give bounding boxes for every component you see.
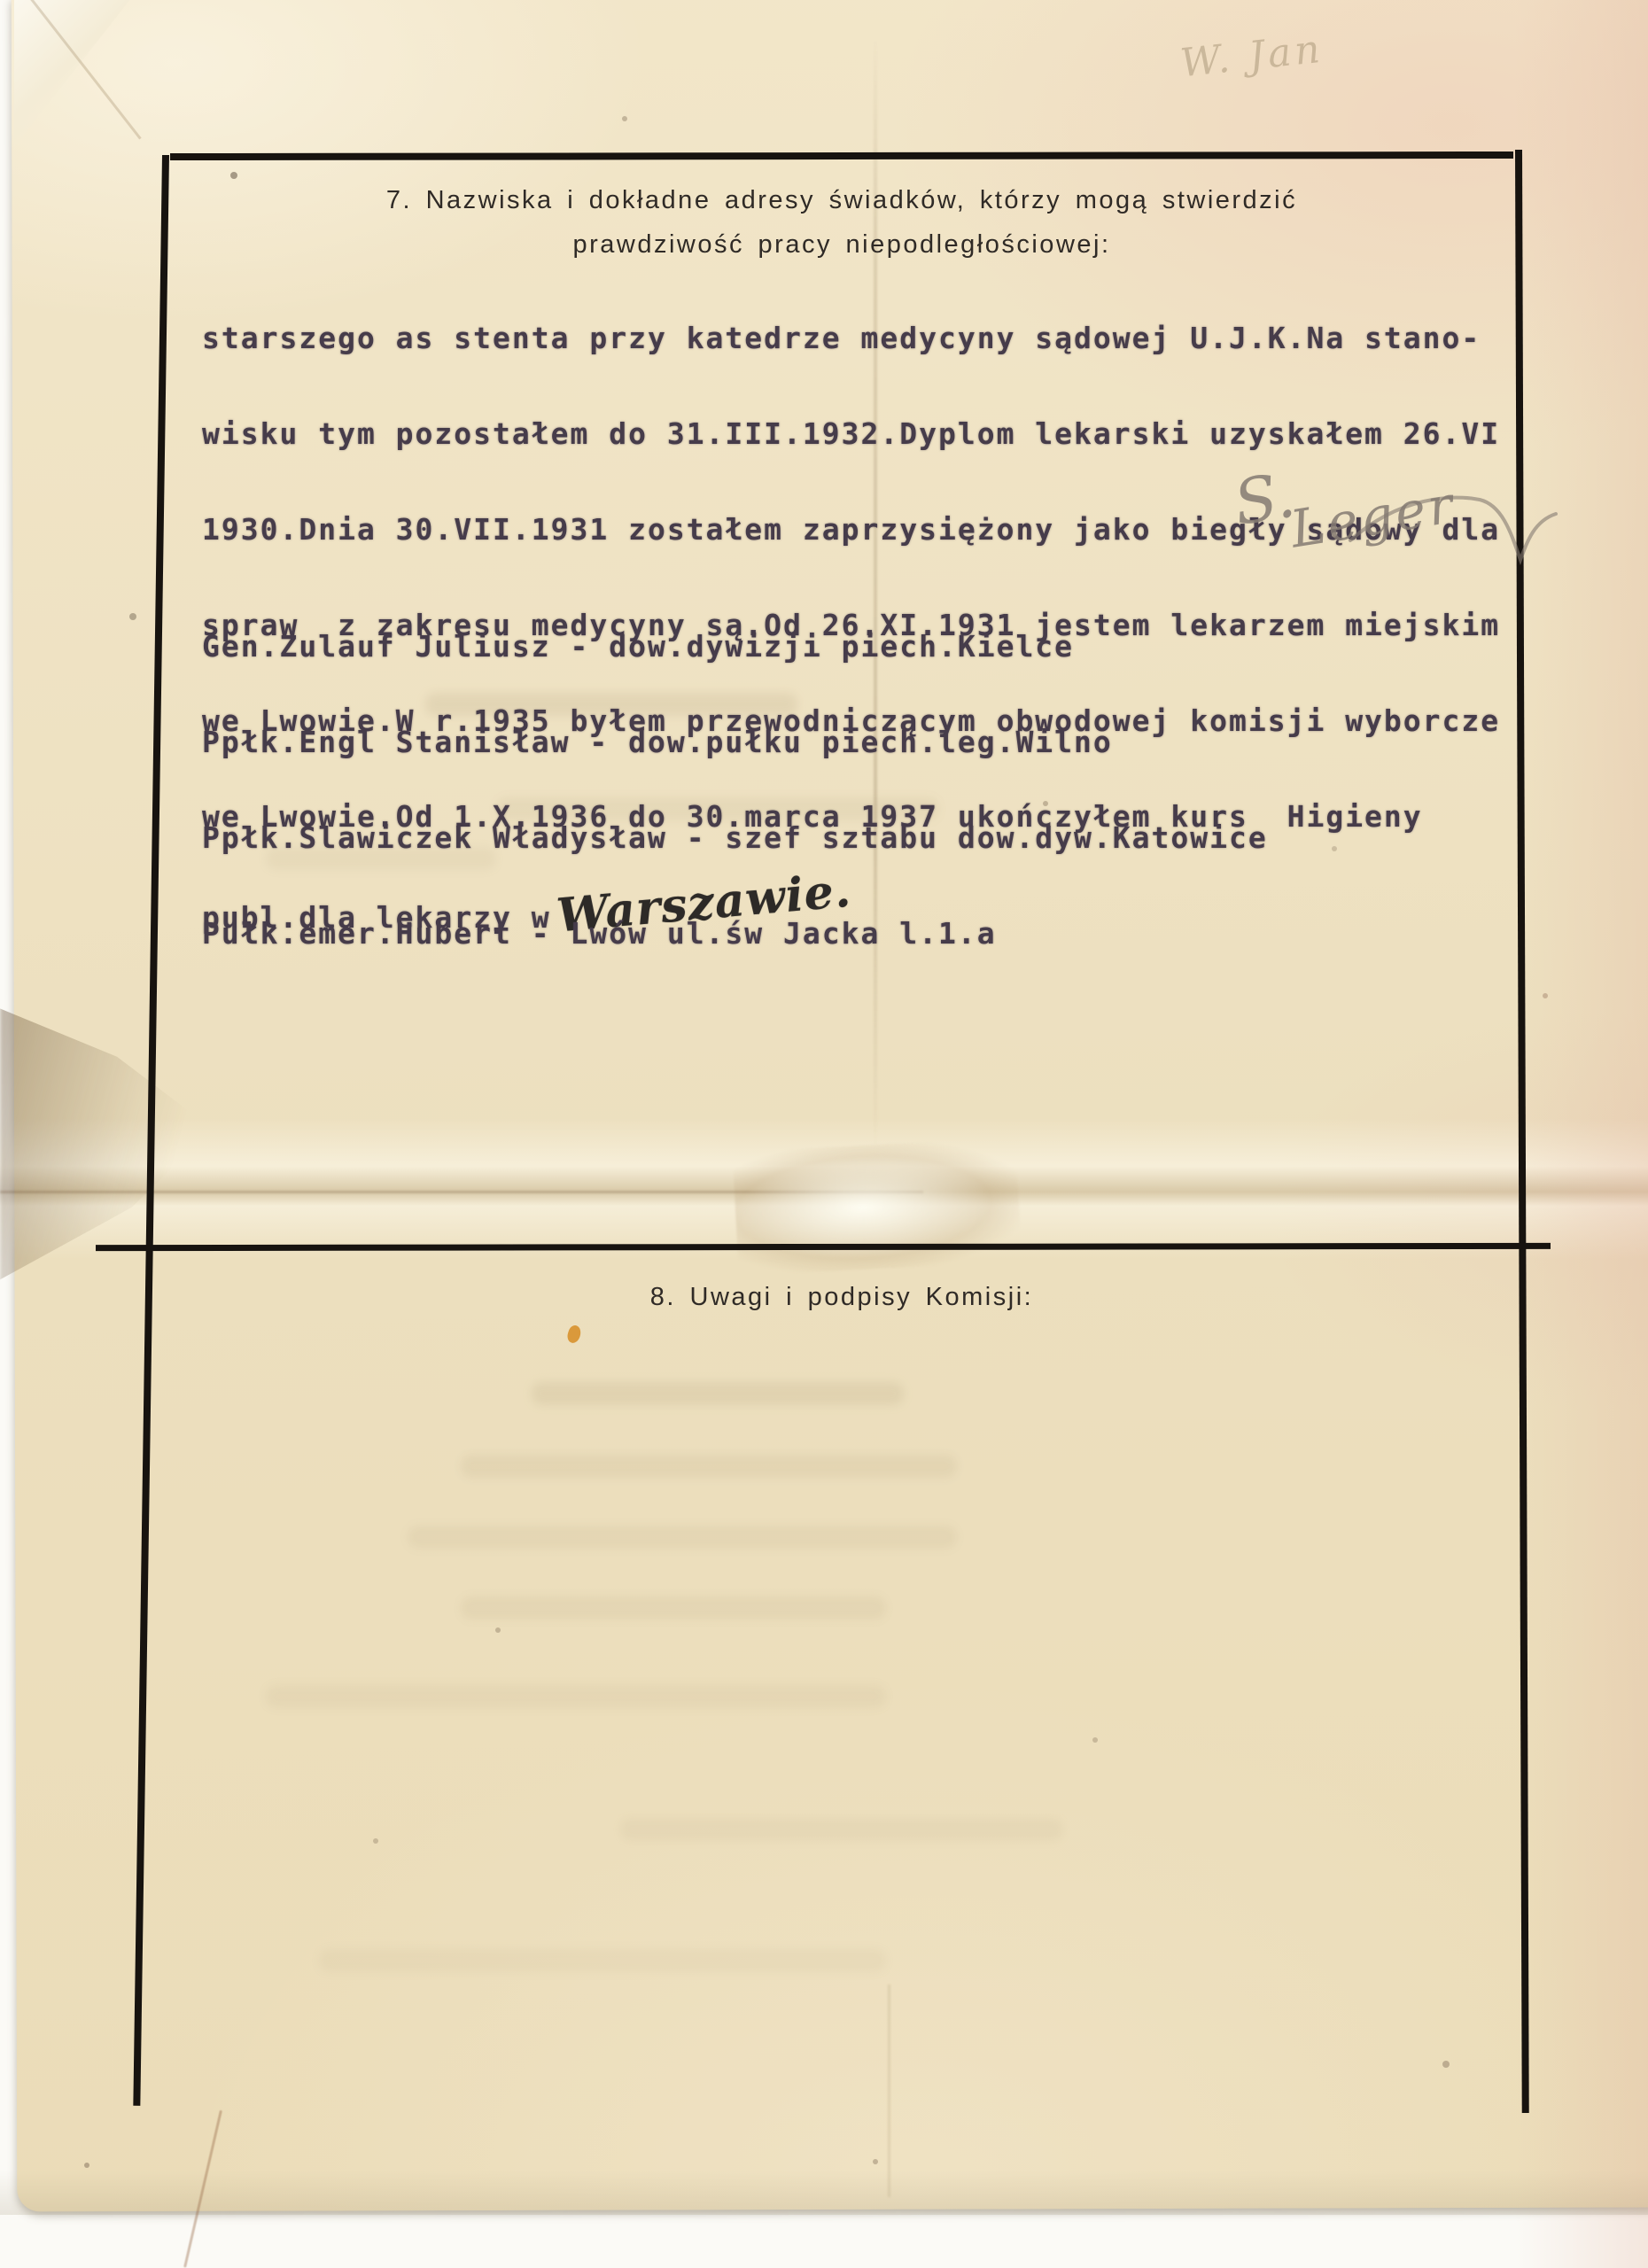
bleedthrough-smudge (408, 1526, 957, 1549)
section7-heading-line1: 7. Nazwiska i dokładne adresy świadków, … (168, 186, 1515, 215)
typed-line: starszego as stenta przy katedrze medycy… (202, 322, 1500, 354)
witness-line: Ppłk.Engl Stanisław - dow.pułku piech.le… (202, 726, 1268, 758)
witness-line: Gen.Zulauf Juliusz - dow.dywizji piech.K… (202, 631, 1268, 663)
bottom-edge-shade (0, 2171, 1648, 2215)
bleedthrough-smudge (461, 1455, 957, 1478)
witness-list: Gen.Zulauf Juliusz - dow.dywizji piech.K… (202, 567, 1268, 982)
right-edge-tint (1515, 0, 1648, 2268)
witness-line: Ppłk.Slawiczek Władysław - szef sztabu d… (202, 822, 1268, 854)
section7-heading-line2: prawdziwość pracy niepodległościowej: (168, 230, 1515, 260)
center-wrinkle (733, 1138, 1022, 1277)
witness-line: Pułk.emer.Hubert - Lwów ul.św Jacka l.1.… (202, 918, 1268, 950)
bleedthrough-smudge (620, 1818, 1063, 1841)
paper-specks (0, 0, 4, 4)
bleedthrough-smudge (266, 1685, 886, 1708)
bleedthrough-smudge (319, 1949, 886, 1972)
vertical-crease-lower (888, 1984, 890, 2197)
bleedthrough-smudge (532, 1382, 904, 1405)
bleedthrough-smudge (461, 1596, 886, 1619)
pencil-signature-tail (1347, 478, 1577, 585)
section8-heading: 8. Uwagi i podpisy Komisji: (168, 1283, 1515, 1312)
scanned-document-page: { "section7": { "heading_line1": "7. Naz… (0, 0, 1648, 2268)
typed-line: wisku tym pozostałem do 31.III.1932.Dypl… (202, 418, 1500, 450)
